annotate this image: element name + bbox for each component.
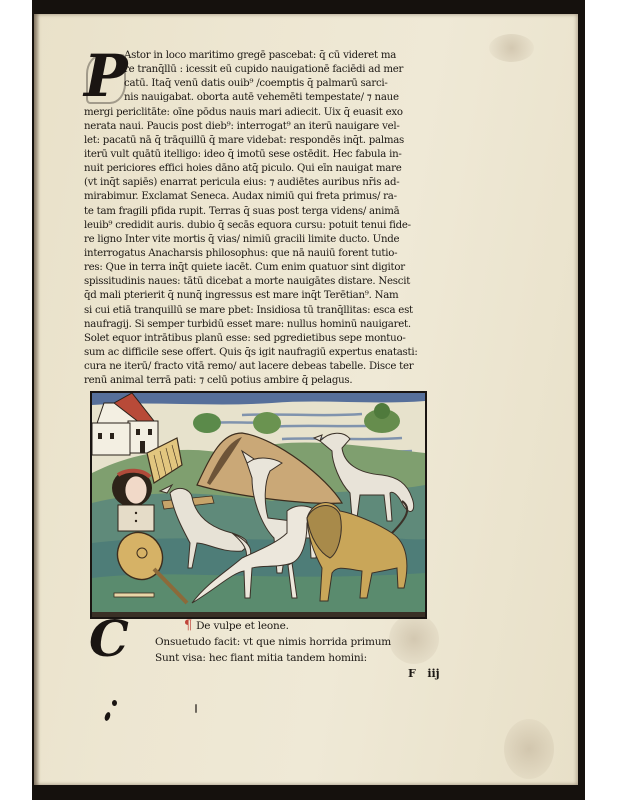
text-line: mirabimur. Exclamat Seneca. Audax nimiū … [84, 190, 424, 204]
ink-speck [112, 700, 117, 706]
text-line: naufragij. Si semper turbidū esset mare:… [84, 318, 424, 332]
foxing-stain [504, 719, 554, 779]
text-line: res: Que in terra inq̄t quiete iacēt. Cu… [84, 261, 424, 275]
verse-line: Onsuetudo facit: vt que nimis horrida pr… [155, 636, 391, 648]
woodcut-illustration [90, 391, 427, 619]
text-line: nuit periciores effici hoies dāno atq̄ p… [84, 162, 424, 176]
ink-speck [195, 704, 197, 713]
text-line: catū. Itaq̄ venū datis ouib⁹ /coemptis q… [84, 77, 424, 91]
foxing-stain [489, 34, 534, 62]
decorated-initial-c: C [89, 617, 135, 661]
text-line: re ligno Inter vite mortis q̄ vias/ nimi… [84, 233, 424, 247]
text-line: spissitudinis naues: tātū dicebat a mort… [84, 275, 424, 289]
text-line: si cui etiā tranquillū se mare pbet: Ins… [84, 304, 424, 318]
fable-text-block: Astor in loco maritimo gregē pascebat: q… [84, 49, 424, 388]
text-line: Solet equor intrātibus planū esse: sed p… [84, 332, 424, 346]
text-line: q̄d mali pterierit q̄ nunq̄ ingressus es… [84, 289, 424, 303]
text-line: nis nauigabat. oborta autē vehemēti temp… [84, 91, 424, 105]
text-line: (vt inq̄t sapiēs) enarrat pericula eius:… [84, 176, 424, 190]
woodcut-scene [92, 393, 425, 617]
text-line: re tranq̄llū : icessit eū cupido nauigat… [84, 63, 424, 77]
signature-mark: F iij [408, 667, 440, 680]
text-line: cura ne iterū/ fracto vitā remo/ aut lac… [84, 360, 424, 374]
fable-title: ¶De vulpe et leone. [184, 618, 289, 633]
text-line: nerata naui. Paucis post dieb⁹: interrog… [84, 120, 424, 134]
pilcrow-mark: ¶ [184, 618, 192, 633]
fable-title-text: De vulpe et leone. [196, 620, 289, 632]
text-line: te tam fragili pfida rupit. Terras q̄ su… [84, 205, 424, 219]
gutter-shadow [34, 14, 40, 785]
text-line: Astor in loco maritimo gregē pascebat: q… [84, 49, 424, 63]
signature-number: iij [427, 667, 439, 680]
text-line: sum ac difficile sese offert. Quis q̄s i… [84, 346, 424, 360]
text-line: mergi periclitāte: oīne pōdus nauis mari… [84, 106, 424, 120]
text-line: iterū vult quātū itelligo: ideo q̄ imotū… [84, 148, 424, 162]
text-line: leuib⁹ credidit auris. dubio q̄ secās eq… [84, 219, 424, 233]
text-line: let: pacatū nā q̄ trāquillū q̄ mare vide… [84, 134, 424, 148]
foxing-stain [389, 614, 439, 664]
verse-line: Sunt visa: hec fiant mitia tandem homini… [155, 652, 367, 664]
book-page: P Astor in loco maritimo gregē pascebat:… [34, 14, 578, 785]
text-line: interrogatus Anacharsis philosophus: que… [84, 247, 424, 261]
text-line: renū animal terrā pati: ⁊ celū potius am… [84, 374, 424, 388]
signature-letter: F [408, 667, 416, 680]
ink-speck [104, 711, 112, 721]
